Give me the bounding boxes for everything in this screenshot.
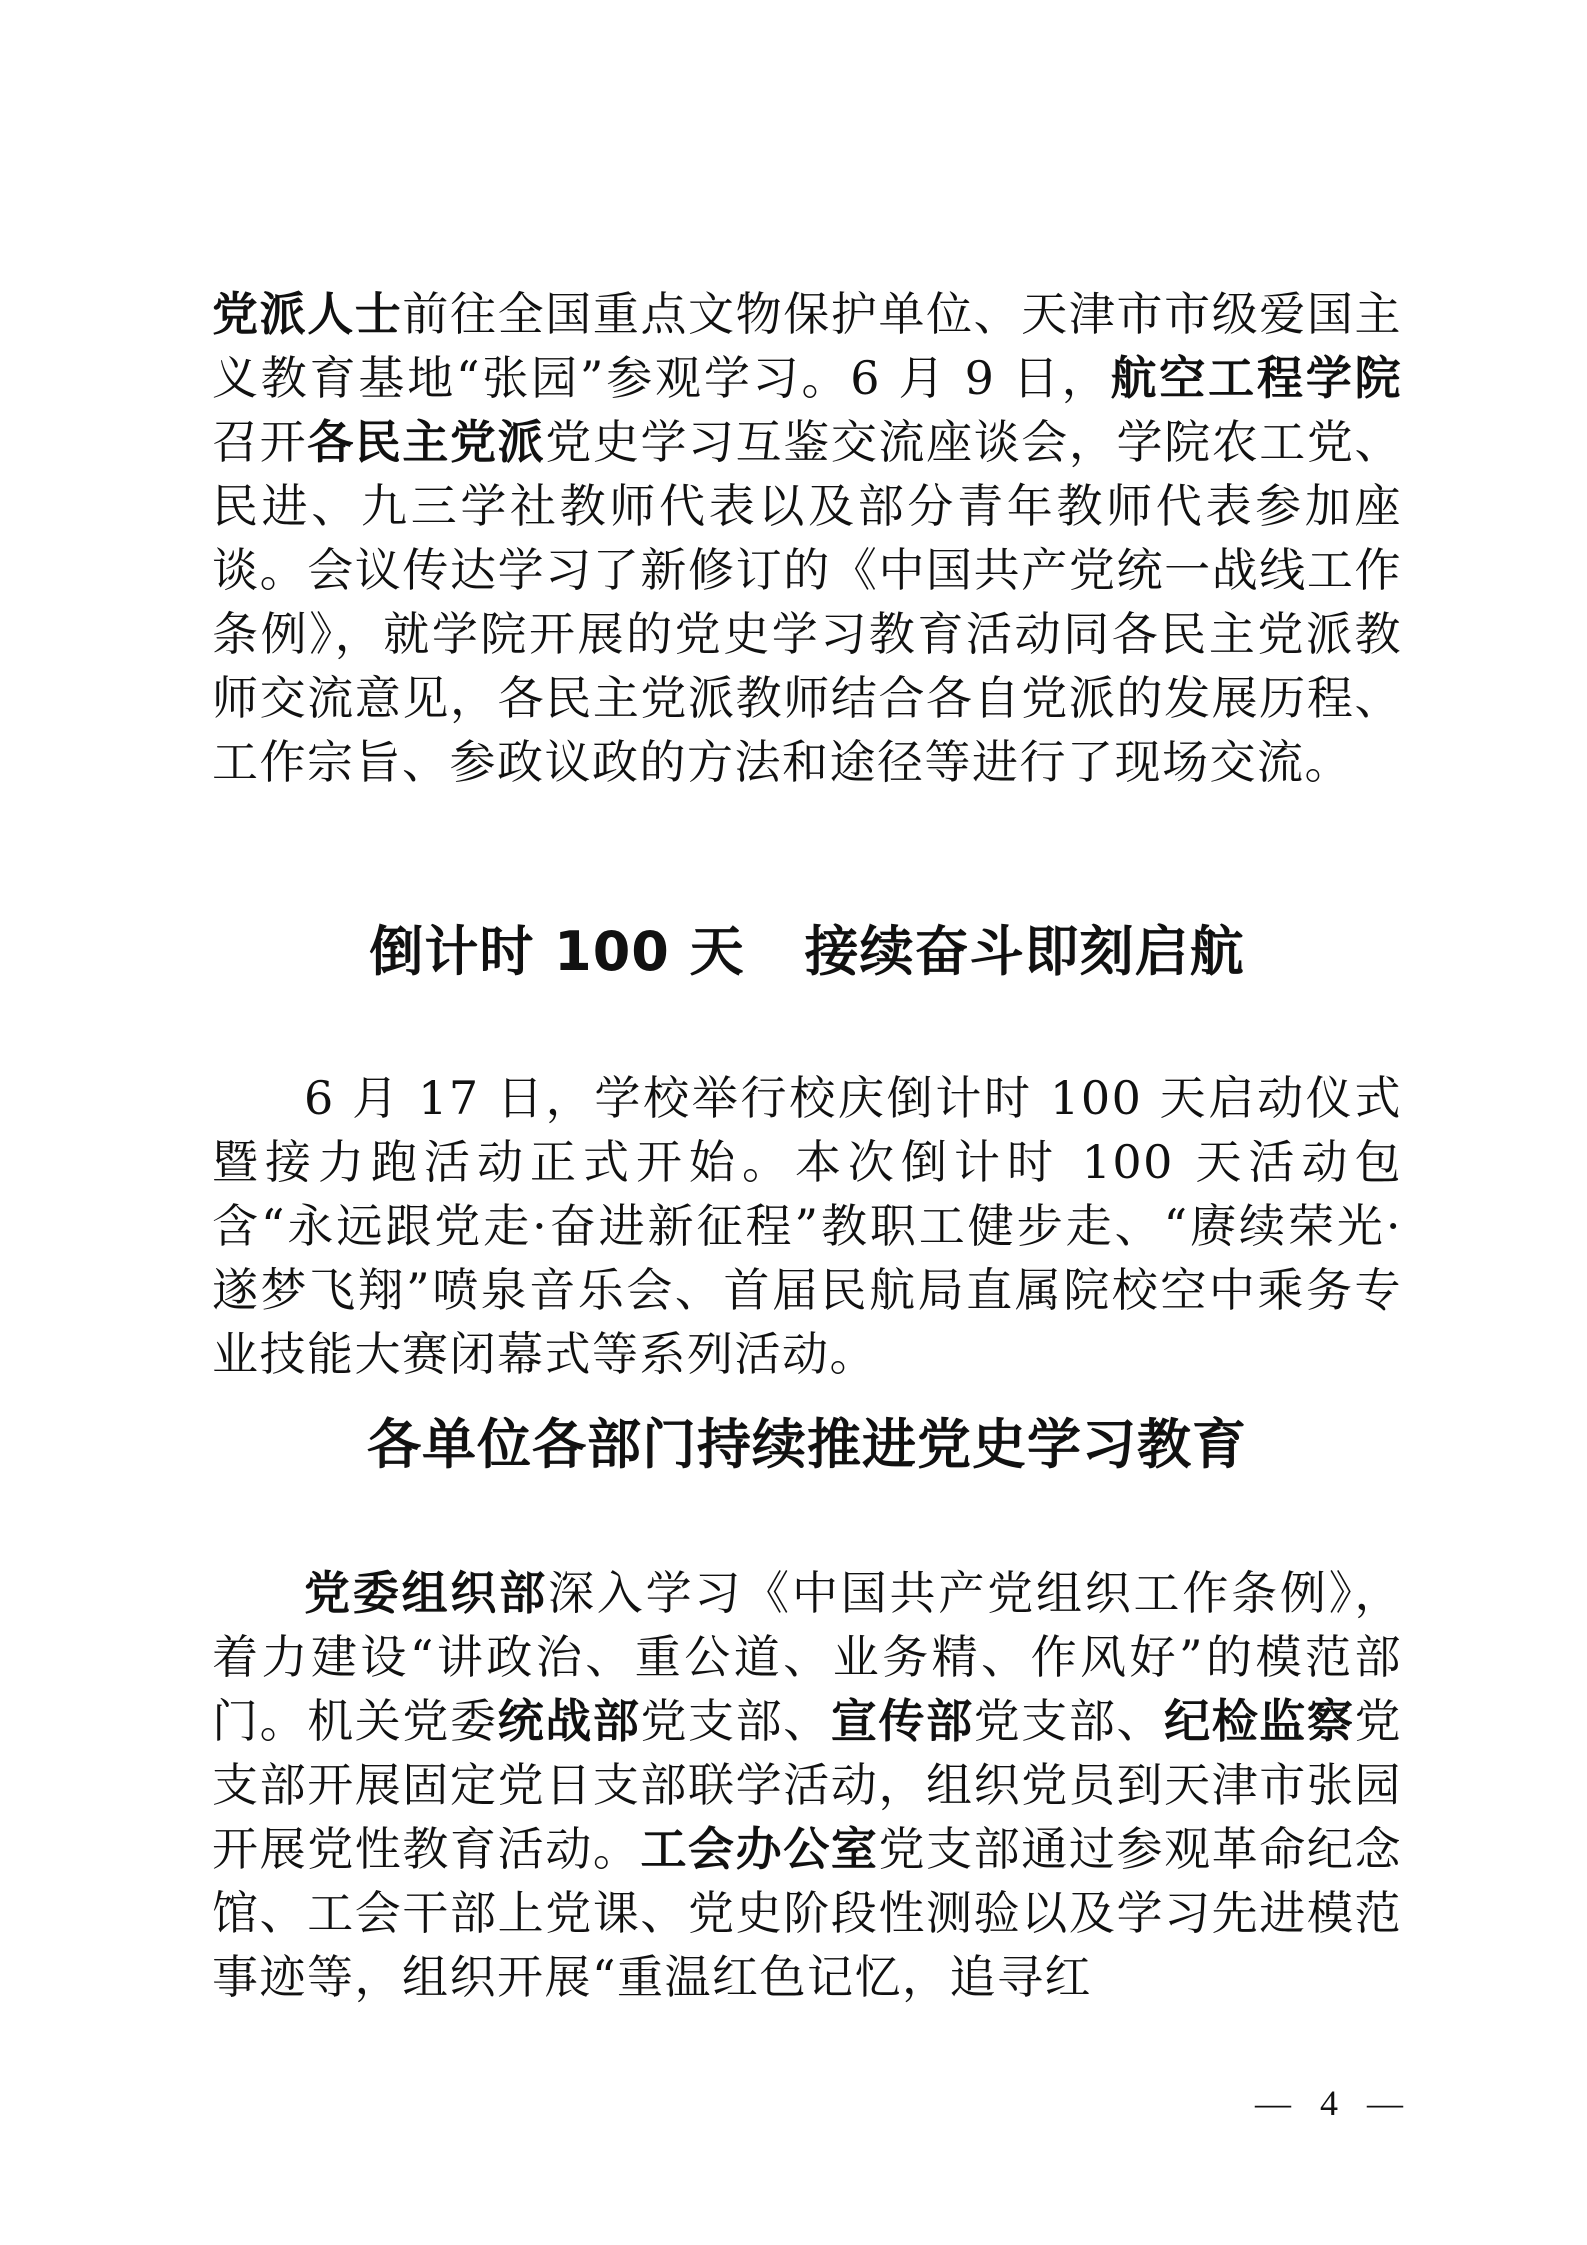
heading-text: 各单位各部门持续推进党史学习教育 <box>367 1413 1247 1476</box>
section-heading-party-history: 各单位各部门持续推进党史学习教育 <box>212 1410 1402 1480</box>
bold-term: 工会办公室 <box>640 1822 878 1876</box>
document-page: 党派人士前往全国重点文物保护单位、天津市市级爱国主义教育基地“张园”参观学习。6… <box>0 0 1587 2245</box>
bold-term: 航空工程学院 <box>1110 351 1402 405</box>
heading-part-1: 倒计时 100 天 <box>369 920 744 983</box>
body-text: 召开 <box>212 415 307 469</box>
page-number: — 4 — <box>1255 2082 1413 2124</box>
bold-term: 党委组织部 <box>304 1566 548 1620</box>
body-text: 党史学习互鉴交流座谈会，学院农工党、民进、九三学社教师代表以及部分青年教师代表参… <box>212 415 1402 789</box>
bold-term: 党派人士 <box>212 287 402 341</box>
bold-term: 各民主党派 <box>307 415 545 469</box>
body-text: 党支部、 <box>974 1694 1164 1748</box>
paragraph-democratic-parties: 党派人士前往全国重点文物保护单位、天津市市级爱国主义教育基地“张园”参观学习。6… <box>212 282 1402 794</box>
paragraph-countdown: 6 月 17 日，学校举行校庆倒计时 100 天启动仪式暨接力跑活动正式开始。本… <box>212 1066 1402 1386</box>
section-heading-countdown: 倒计时 100 天接续奋斗即刻启航 <box>212 917 1402 987</box>
bold-term: 宣传部 <box>831 1694 974 1748</box>
body-text: 党支部、 <box>640 1694 830 1748</box>
bold-term: 统战部 <box>498 1694 641 1748</box>
paragraph-departments: 党委组织部深入学习《中国共产党组织工作条例》，着力建设“讲政治、重公道、业务精、… <box>212 1561 1402 2009</box>
bold-term: 纪检监察 <box>1164 1694 1354 1748</box>
heading-part-2: 接续奋斗即刻启航 <box>805 920 1245 983</box>
